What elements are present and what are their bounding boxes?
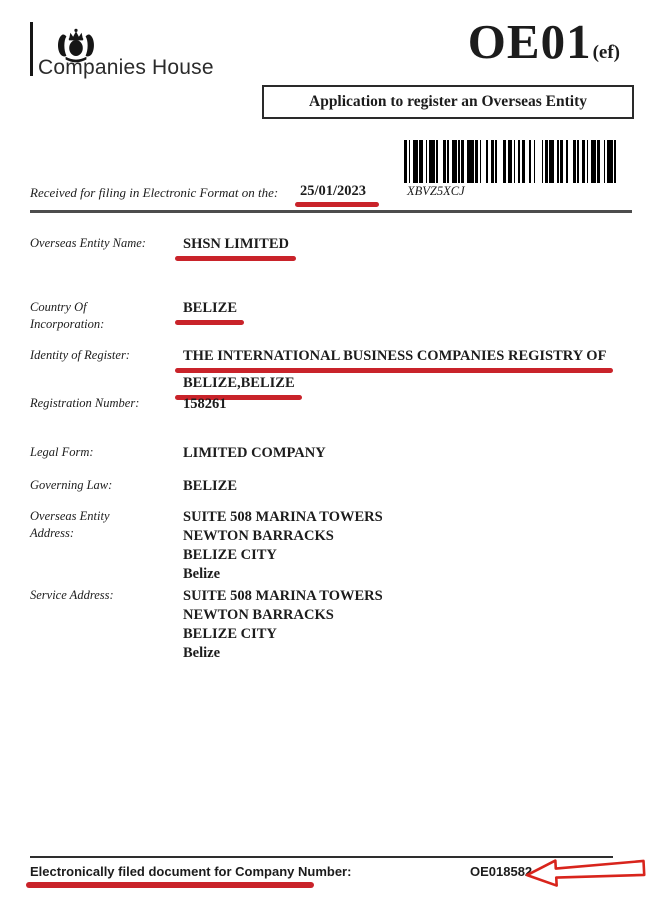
field-value-line: BELIZE [183, 299, 237, 325]
field-value-text: BELIZE CITY [183, 547, 277, 563]
field-value-line: BELIZE [183, 477, 237, 496]
footer-rule [30, 856, 613, 858]
field-value: SHSN LIMITED [183, 235, 289, 262]
form-code: OE01(ef) [468, 16, 620, 68]
form-title-box: Application to register an Overseas Enti… [262, 85, 634, 119]
field-value: SUITE 508 MARINA TOWERSNEWTON BARRACKSBE… [183, 587, 383, 663]
field-label: Country Of Incorporation: [30, 299, 150, 333]
field-value-line: BELIZE CITY [183, 625, 277, 644]
field-row: Country Of Incorporation: BELIZE [30, 299, 620, 333]
horizontal-rule [30, 210, 632, 213]
field-label: Governing Law: [30, 477, 150, 494]
field-value-line: SUITE 508 MARINA TOWERS [183, 508, 383, 527]
field-row: Governing Law: BELIZE [30, 477, 620, 496]
field-value-line: NEWTON BARRACKS [183, 527, 334, 546]
field-value-line: 158261 [183, 395, 227, 414]
field-value-text: THE INTERNATIONAL BUSINESS COMPANIES REG… [183, 348, 606, 364]
field-value-text: LIMITED COMPANY [183, 445, 326, 461]
companies-house-logo-text: Companies House [38, 56, 214, 80]
field-row: Service Address: SUITE 508 MARINA TOWERS… [30, 587, 620, 663]
field-value-text: SUITE 508 MARINA TOWERS [183, 588, 383, 604]
field-row: Overseas Entity Name: SHSN LIMITED [30, 235, 620, 262]
field-value-line: BELIZE CITY [183, 546, 277, 565]
barcode [404, 140, 620, 183]
field-value-text: BELIZE [183, 478, 237, 494]
field-value: LIMITED COMPANY [183, 444, 326, 463]
field-value: THE INTERNATIONAL BUSINESS COMPANIES REG… [183, 347, 606, 401]
field-value-text: BELIZE CITY [183, 626, 277, 642]
field-value: SUITE 508 MARINA TOWERSNEWTON BARRACKSBE… [183, 508, 383, 584]
field-label: Service Address: [30, 587, 150, 604]
document-page: Companies House OE01(ef) Application to … [0, 0, 650, 914]
received-for-filing-label: Received for filing in Electronic Format… [30, 185, 278, 201]
field-value-text: Belize [183, 645, 220, 661]
field-row: Identity of Register: THE INTERNATIONAL … [30, 347, 620, 401]
value-underline-annotation [175, 368, 613, 373]
field-value-line: SUITE 508 MARINA TOWERS [183, 587, 383, 606]
field-label: Overseas Entity Address: [30, 508, 150, 542]
field-label: Legal Form: [30, 444, 150, 461]
field-row: Legal Form: LIMITED COMPANY [30, 444, 620, 463]
value-underline-annotation [175, 256, 296, 261]
value-underline-annotation [175, 320, 244, 325]
form-code-main: OE01 [468, 14, 592, 69]
field-value-line: LIMITED COMPANY [183, 444, 326, 463]
field-label: Registration Number: [30, 395, 150, 412]
barcode-gap [616, 140, 618, 183]
field-value-text: Belize [183, 566, 220, 582]
field-value: BELIZE [183, 299, 237, 326]
field-label: Overseas Entity Name: [30, 235, 150, 252]
field-row: Registration Number: 158261 [30, 395, 620, 414]
field-value-line: Belize [183, 565, 220, 584]
field-label: Identity of Register: [30, 347, 150, 364]
received-date: 25/01/2023 [300, 183, 366, 200]
field-value-text: SHSN LIMITED [183, 236, 289, 252]
date-underline-annotation [295, 202, 379, 207]
logo-vertical-bar [30, 22, 33, 76]
field-row: Overseas Entity Address: SUITE 508 MARIN… [30, 508, 620, 584]
field-value-line: NEWTON BARRACKS [183, 606, 334, 625]
form-code-suffix: (ef) [593, 42, 620, 63]
field-value-line: THE INTERNATIONAL BUSINESS COMPANIES REG… [183, 347, 606, 373]
field-value-text: BELIZE,BELIZE [183, 375, 295, 391]
field-value-text: NEWTON BARRACKS [183, 607, 334, 623]
field-value-text: BELIZE [183, 300, 237, 316]
field-value: BELIZE [183, 477, 237, 496]
barcode-code: XBVZ5XCJ [407, 184, 465, 199]
arrow-annotation-icon [523, 853, 649, 891]
field-value: 158261 [183, 395, 227, 414]
footer-underline-annotation [26, 882, 314, 888]
field-value-line: Belize [183, 644, 220, 663]
field-value-text: NEWTON BARRACKS [183, 528, 334, 544]
field-value-text: SUITE 508 MARINA TOWERS [183, 509, 383, 525]
footer-label: Electronically filed document for Compan… [30, 864, 351, 879]
field-value-line: SHSN LIMITED [183, 235, 289, 261]
field-value-text: 158261 [183, 396, 227, 412]
